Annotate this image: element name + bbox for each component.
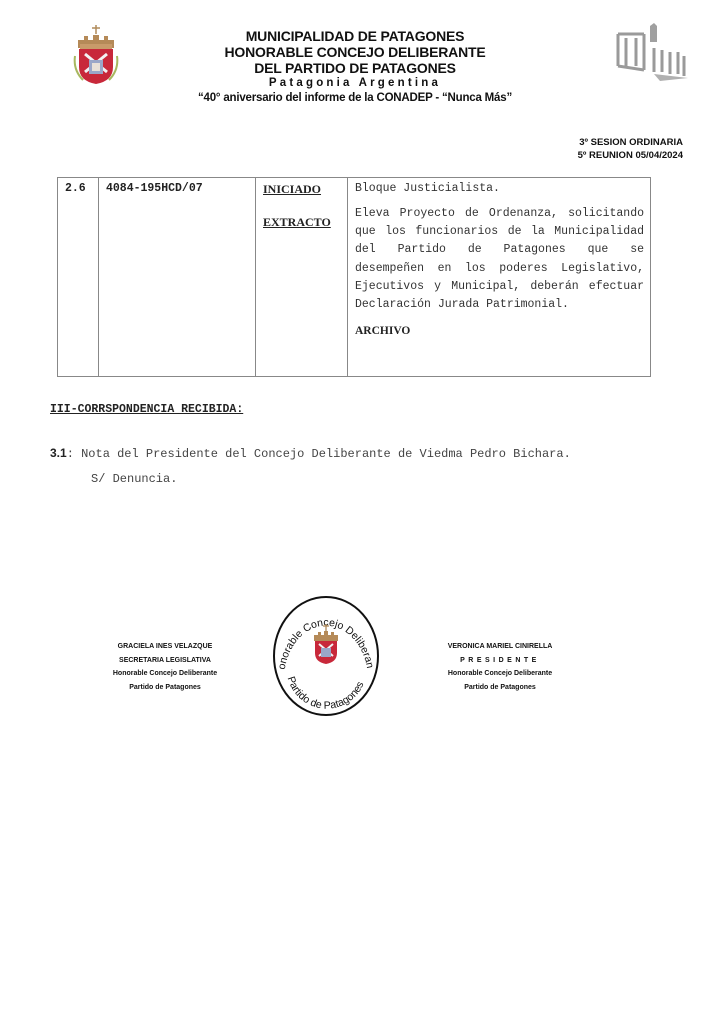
content-cell: Bloque Justicialista. Eleva Proyecto de … xyxy=(348,178,651,377)
official-seal-icon: Honorable Concejo Deliberante Partido de… xyxy=(271,594,381,718)
signer-name: GRACIELA INES VELAZQUE xyxy=(85,640,245,654)
label-extracto: EXTRACTO xyxy=(263,215,341,230)
signer-place: Partido de Patagones xyxy=(415,681,585,695)
session-info: 3º SESION ORDINARIA 5º REUNION 05/04/202… xyxy=(578,136,683,162)
item-number: 2.6 xyxy=(58,178,98,198)
signer-name: VERONICA MARIEL CINIRELLA xyxy=(415,640,585,654)
extracto-value: Eleva Proyecto de Ordenanza, solicitando… xyxy=(355,205,644,314)
correspondence-number: 3.1 xyxy=(50,446,67,460)
header-line-5: “40° aniversario del informe de la CONAD… xyxy=(0,91,710,106)
table-row: 2.6 4084-195HCD/07 INICIADO EXTRACTO Blo… xyxy=(58,178,651,377)
header-line-1: MUNICIPALIDAD DE PATAGONES xyxy=(0,28,710,44)
signer-org: Honorable Concejo Deliberante xyxy=(85,667,245,681)
destino-value: ARCHIVO xyxy=(355,325,644,337)
expediente-table: 2.6 4084-195HCD/07 INICIADO EXTRACTO Blo… xyxy=(57,177,651,377)
item-number-cell: 2.6 xyxy=(58,178,99,377)
header-line-2: HONORABLE CONCEJO DELIBERANTE xyxy=(0,44,710,60)
signer-org: Honorable Concejo Deliberante xyxy=(415,667,585,681)
correspondence-text: Nota del Presidente del Concejo Delibera… xyxy=(81,447,571,461)
correspondence-subject: S/ Denuncia. xyxy=(50,467,571,492)
meeting-date: 5º REUNION 05/04/2024 xyxy=(578,149,683,162)
signature-secretary: GRACIELA INES VELAZQUE SECRETARIA LEGISL… xyxy=(85,640,245,694)
file-number: 4084-195HCD/07 xyxy=(99,178,255,198)
header-line-3: DEL PARTIDO DE PATAGONES xyxy=(0,60,710,76)
correspondence-item: 3.1: Nota del Presidente del Concejo Del… xyxy=(50,441,571,492)
signer-role: PRESIDENTE xyxy=(415,654,585,668)
signer-role: SECRETARIA LEGISLATIVA xyxy=(85,654,245,668)
section-title: III-CORRSPONDENCIA RECIBIDA: xyxy=(50,403,243,416)
session-number: 3º SESION ORDINARIA xyxy=(578,136,683,149)
header-line-4: Patagonia Argentina xyxy=(0,76,710,91)
signature-president: VERONICA MARIEL CINIRELLA PRESIDENTE Hon… xyxy=(415,640,585,694)
signer-place: Partido de Patagones xyxy=(85,681,245,695)
document-header: MUNICIPALIDAD DE PATAGONES HONORABLE CON… xyxy=(0,28,710,106)
iniciado-value: Bloque Justicialista. xyxy=(355,180,644,198)
labels-cell: INICIADO EXTRACTO xyxy=(256,178,348,377)
file-number-cell: 4084-195HCD/07 xyxy=(99,178,256,377)
label-iniciado: INICIADO xyxy=(263,182,341,197)
